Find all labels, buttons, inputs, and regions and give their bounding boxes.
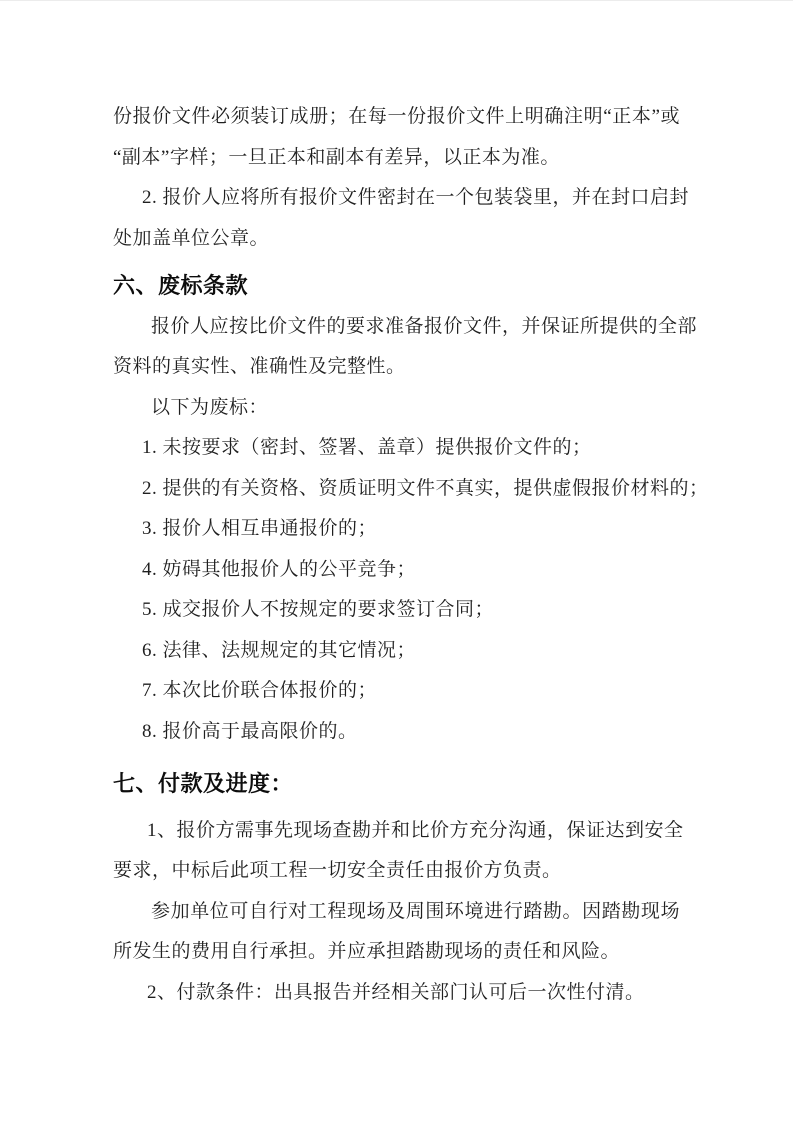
doc-line: 参加单位可自行对工程现场及周围环境进行踏勘。因踏勘现场 — [113, 892, 680, 933]
invalid-bid-item-3: 3. 报价人相互串通报价的； — [113, 509, 680, 550]
invalid-bid-item-5: 5. 成交报价人不按规定的要求签订合同； — [113, 590, 680, 631]
heading-invalid-bid-clauses: 六、废标条款 — [113, 266, 680, 307]
invalid-bid-item-2: 2. 提供的有关资格、资质证明文件不真实，提供虚假报价材料的； — [113, 469, 680, 510]
invalid-bid-intro-line: 以下为废标： — [113, 388, 680, 429]
doc-line: “副本”字样；一旦正本和副本有差异，以正本为准。 — [113, 138, 680, 179]
payment-terms-line: 2、付款条件：出具报告并经相关部门认可后一次性付清。 — [113, 973, 680, 1014]
invalid-bid-item-6: 6. 法律、法规规定的其它情况； — [113, 631, 680, 672]
doc-line: 份报价文件必须装订成册；在每一份报价文件上明确注明“正本”或 — [113, 97, 680, 138]
invalid-bid-item-1: 1. 未按要求（密封、签署、盖章）提供报价文件的； — [113, 428, 680, 469]
doc-line: 处加盖单位公章。 — [113, 219, 680, 260]
invalid-bid-item-8: 8. 报价高于最高限价的。 — [113, 712, 680, 753]
doc-line: 资料的真实性、准确性及完整性。 — [113, 347, 680, 388]
invalid-bid-item-7: 7. 本次比价联合体报价的； — [113, 671, 680, 712]
doc-line: 要求，中标后此项工程一切安全责任由报价方负责。 — [113, 851, 680, 892]
heading-payment-and-progress: 七、付款及进度： — [113, 764, 680, 805]
doc-line: 1、报价方需事先现场查勘并和比价方充分沟通，保证达到安全 — [113, 811, 680, 852]
doc-line: 2. 报价人应将所有报价文件密封在一个包装袋里，并在封口启封 — [113, 178, 680, 219]
doc-line: 报价人应按比价文件的要求准备报价文件，并保证所提供的全部 — [113, 307, 680, 348]
invalid-bid-item-4: 4. 妨碍其他报价人的公平竞争； — [113, 550, 680, 591]
document-page: 份报价文件必须装订成册；在每一份报价文件上明确注明“正本”或 “副本”字样；一旦… — [0, 0, 793, 1122]
doc-line: 所发生的费用自行承担。并应承担踏勘现场的责任和风险。 — [113, 932, 680, 973]
